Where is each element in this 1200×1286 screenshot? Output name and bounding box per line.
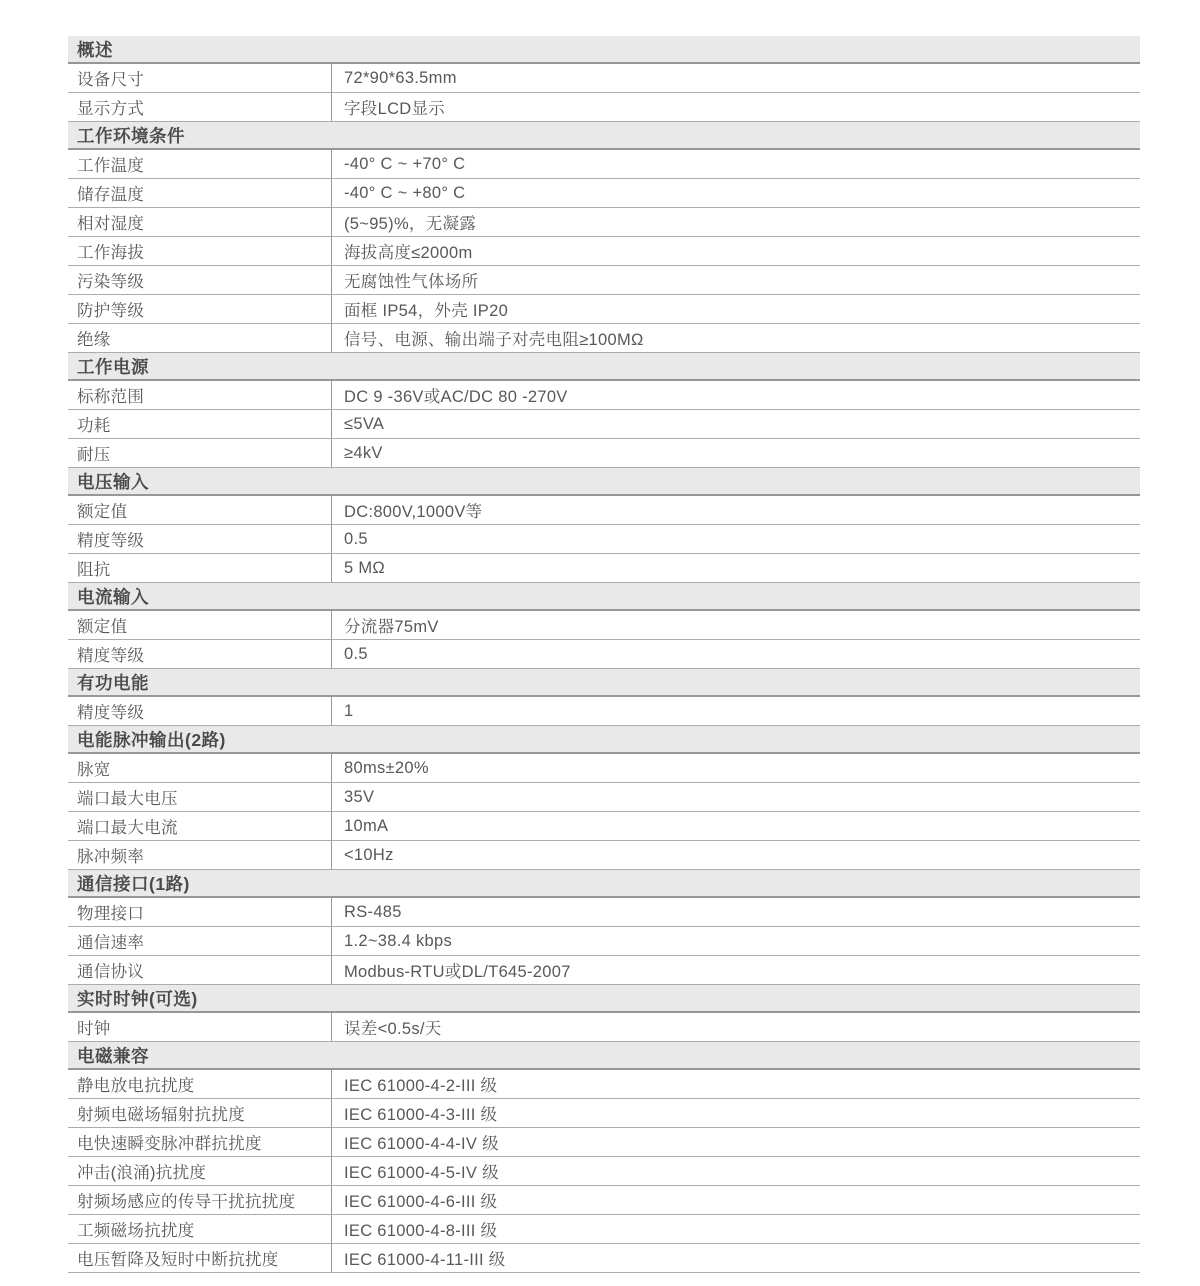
spec-label: 精度等级 [68, 640, 331, 668]
spec-value: ≤5VA [331, 410, 1140, 438]
spec-label: 工作温度 [68, 150, 331, 178]
spec-label: 端口最大电压 [68, 783, 331, 811]
section-header: 实时时钟(可选) [68, 985, 1140, 1013]
spec-label: 相对湿度 [68, 208, 331, 236]
spec-label: 通信协议 [68, 956, 331, 984]
spec-row: 电压暂降及短时中断抗扰度IEC 61000-4-11-III 级 [68, 1244, 1140, 1273]
spec-value: DC 9 -36V或AC/DC 80 -270V [331, 381, 1140, 409]
spec-row: 精度等级1 [68, 697, 1140, 726]
spec-value: IEC 61000-4-6-III 级 [331, 1186, 1140, 1214]
section-header: 工作电源 [68, 353, 1140, 381]
spec-row: 阻抗5 MΩ [68, 554, 1140, 583]
spec-label: 冲击(浪涌)抗扰度 [68, 1157, 331, 1185]
spec-value: IEC 61000-4-11-III 级 [331, 1244, 1140, 1272]
spec-label: 物理接口 [68, 898, 331, 926]
spec-label: 额定值 [68, 611, 331, 639]
spec-row: 端口最大电流10mA [68, 812, 1140, 841]
spec-row: 电快速瞬变脉冲群抗扰度IEC 61000-4-4-IV 级 [68, 1128, 1140, 1157]
spec-label: 精度等级 [68, 525, 331, 553]
spec-value: 5 MΩ [331, 554, 1140, 582]
spec-value: 信号、电源、输出端子对壳电阻≥100MΩ [331, 324, 1140, 352]
spec-value: -40° C ~ +80° C [331, 179, 1140, 207]
spec-label: 射频场感应的传导干扰抗扰度 [68, 1186, 331, 1214]
spec-value: 海拔高度≤2000m [331, 237, 1140, 265]
spec-label: 通信速率 [68, 927, 331, 955]
spec-row: 精度等级0.5 [68, 525, 1140, 554]
spec-value: IEC 61000-4-3-III 级 [331, 1099, 1140, 1127]
spec-row: 物理接口RS-485 [68, 898, 1140, 927]
spec-row: 射频场感应的传导干扰抗扰度IEC 61000-4-6-III 级 [68, 1186, 1140, 1215]
spec-value: ≥4kV [331, 439, 1140, 467]
spec-label: 工作海拔 [68, 237, 331, 265]
spec-row: 精度等级0.5 [68, 640, 1140, 669]
spec-label: 工频磁场抗扰度 [68, 1215, 331, 1243]
spec-label: 脉冲频率 [68, 841, 331, 869]
datasheet-page: 概述设备尺寸72*90*63.5mm显示方式字段LCD显示工作环境条件工作温度-… [0, 0, 1200, 1286]
section-header: 概述 [68, 36, 1140, 64]
spec-value: 80ms±20% [331, 754, 1140, 782]
spec-label: 显示方式 [68, 93, 331, 121]
spec-value: 误差<0.5s/天 [331, 1013, 1140, 1041]
spec-row: 储存温度-40° C ~ +80° C [68, 179, 1140, 208]
spec-row: 冲击(浪涌)抗扰度IEC 61000-4-5-IV 级 [68, 1157, 1140, 1186]
section-header: 工作环境条件 [68, 122, 1140, 150]
spec-row: 通信协议Modbus-RTU或DL/T645-2007 [68, 956, 1140, 985]
spec-label: 耐压 [68, 439, 331, 467]
spec-label: 设备尺寸 [68, 64, 331, 92]
spec-label: 防护等级 [68, 295, 331, 323]
section-header: 通信接口(1路) [68, 870, 1140, 898]
spec-value: 字段LCD显示 [331, 93, 1140, 121]
spec-value: 35V [331, 783, 1140, 811]
spec-row: 通信速率1.2~38.4 kbps [68, 927, 1140, 956]
spec-value: RS-485 [331, 898, 1140, 926]
spec-value: (5~95)%，无凝露 [331, 208, 1140, 236]
spec-label: 电压暂降及短时中断抗扰度 [68, 1244, 331, 1272]
spec-row: 端口最大电压35V [68, 783, 1140, 812]
spec-value: 1.2~38.4 kbps [331, 927, 1140, 955]
spec-row: 显示方式字段LCD显示 [68, 93, 1140, 122]
spec-row: 功耗≤5VA [68, 410, 1140, 439]
spec-row: 耐压≥4kV [68, 439, 1140, 468]
spec-label: 绝缘 [68, 324, 331, 352]
section-header: 电能脉冲输出(2路) [68, 726, 1140, 754]
spec-value: 1 [331, 697, 1140, 725]
spec-value: IEC 61000-4-8-III 级 [331, 1215, 1140, 1243]
spec-row: 污染等级无腐蚀性气体场所 [68, 266, 1140, 295]
section-header: 电磁兼容 [68, 1042, 1140, 1070]
spec-row: 工作温度-40° C ~ +70° C [68, 150, 1140, 179]
spec-value: 72*90*63.5mm [331, 64, 1140, 92]
spec-value: 0.5 [331, 640, 1140, 668]
spec-label: 精度等级 [68, 697, 331, 725]
spec-row: 静电放电抗扰度IEC 61000-4-2-III 级 [68, 1070, 1140, 1099]
section-header: 电流输入 [68, 583, 1140, 611]
spec-label: 标称范围 [68, 381, 331, 409]
spec-value: Modbus-RTU或DL/T645-2007 [331, 956, 1140, 984]
spec-label: 端口最大电流 [68, 812, 331, 840]
spec-value: DC:800V,1000V等 [331, 496, 1140, 524]
spec-label: 污染等级 [68, 266, 331, 294]
spec-label: 功耗 [68, 410, 331, 438]
spec-row: 额定值分流器75mV [68, 611, 1140, 640]
spec-value: 0.5 [331, 525, 1140, 553]
section-header: 电压输入 [68, 468, 1140, 496]
spec-value: IEC 61000-4-4-IV 级 [331, 1128, 1140, 1156]
spec-row: 标称范围DC 9 -36V或AC/DC 80 -270V [68, 381, 1140, 410]
spec-label: 脉宽 [68, 754, 331, 782]
spec-row: 工作海拔海拔高度≤2000m [68, 237, 1140, 266]
spec-value: 分流器75mV [331, 611, 1140, 639]
spec-row: 防护等级面框 IP54，外壳 IP20 [68, 295, 1140, 324]
spec-label: 射频电磁场辐射抗扰度 [68, 1099, 331, 1127]
spec-row: 工频磁场抗扰度IEC 61000-4-8-III 级 [68, 1215, 1140, 1244]
spec-row: 脉冲频率<10Hz [68, 841, 1140, 870]
spec-row: 相对湿度(5~95)%，无凝露 [68, 208, 1140, 237]
spec-value: 面框 IP54，外壳 IP20 [331, 295, 1140, 323]
spec-row: 脉宽80ms±20% [68, 754, 1140, 783]
spec-row: 射频电磁场辐射抗扰度IEC 61000-4-3-III 级 [68, 1099, 1140, 1128]
spec-value: <10Hz [331, 841, 1140, 869]
spec-label: 储存温度 [68, 179, 331, 207]
spec-label: 电快速瞬变脉冲群抗扰度 [68, 1128, 331, 1156]
spec-row: 额定值DC:800V,1000V等 [68, 496, 1140, 525]
section-header: 有功电能 [68, 669, 1140, 697]
spec-label: 时钟 [68, 1013, 331, 1041]
spec-row: 绝缘信号、电源、输出端子对壳电阻≥100MΩ [68, 324, 1140, 353]
spec-label: 额定值 [68, 496, 331, 524]
spec-value: IEC 61000-4-2-III 级 [331, 1070, 1140, 1098]
spec-row: 时钟误差<0.5s/天 [68, 1013, 1140, 1042]
spec-value: -40° C ~ +70° C [331, 150, 1140, 178]
spec-label: 阻抗 [68, 554, 331, 582]
spec-value: IEC 61000-4-5-IV 级 [331, 1157, 1140, 1185]
spec-table: 概述设备尺寸72*90*63.5mm显示方式字段LCD显示工作环境条件工作温度-… [68, 36, 1140, 1273]
spec-value: 无腐蚀性气体场所 [331, 266, 1140, 294]
spec-label: 静电放电抗扰度 [68, 1070, 331, 1098]
spec-value: 10mA [331, 812, 1140, 840]
spec-row: 设备尺寸72*90*63.5mm [68, 64, 1140, 93]
